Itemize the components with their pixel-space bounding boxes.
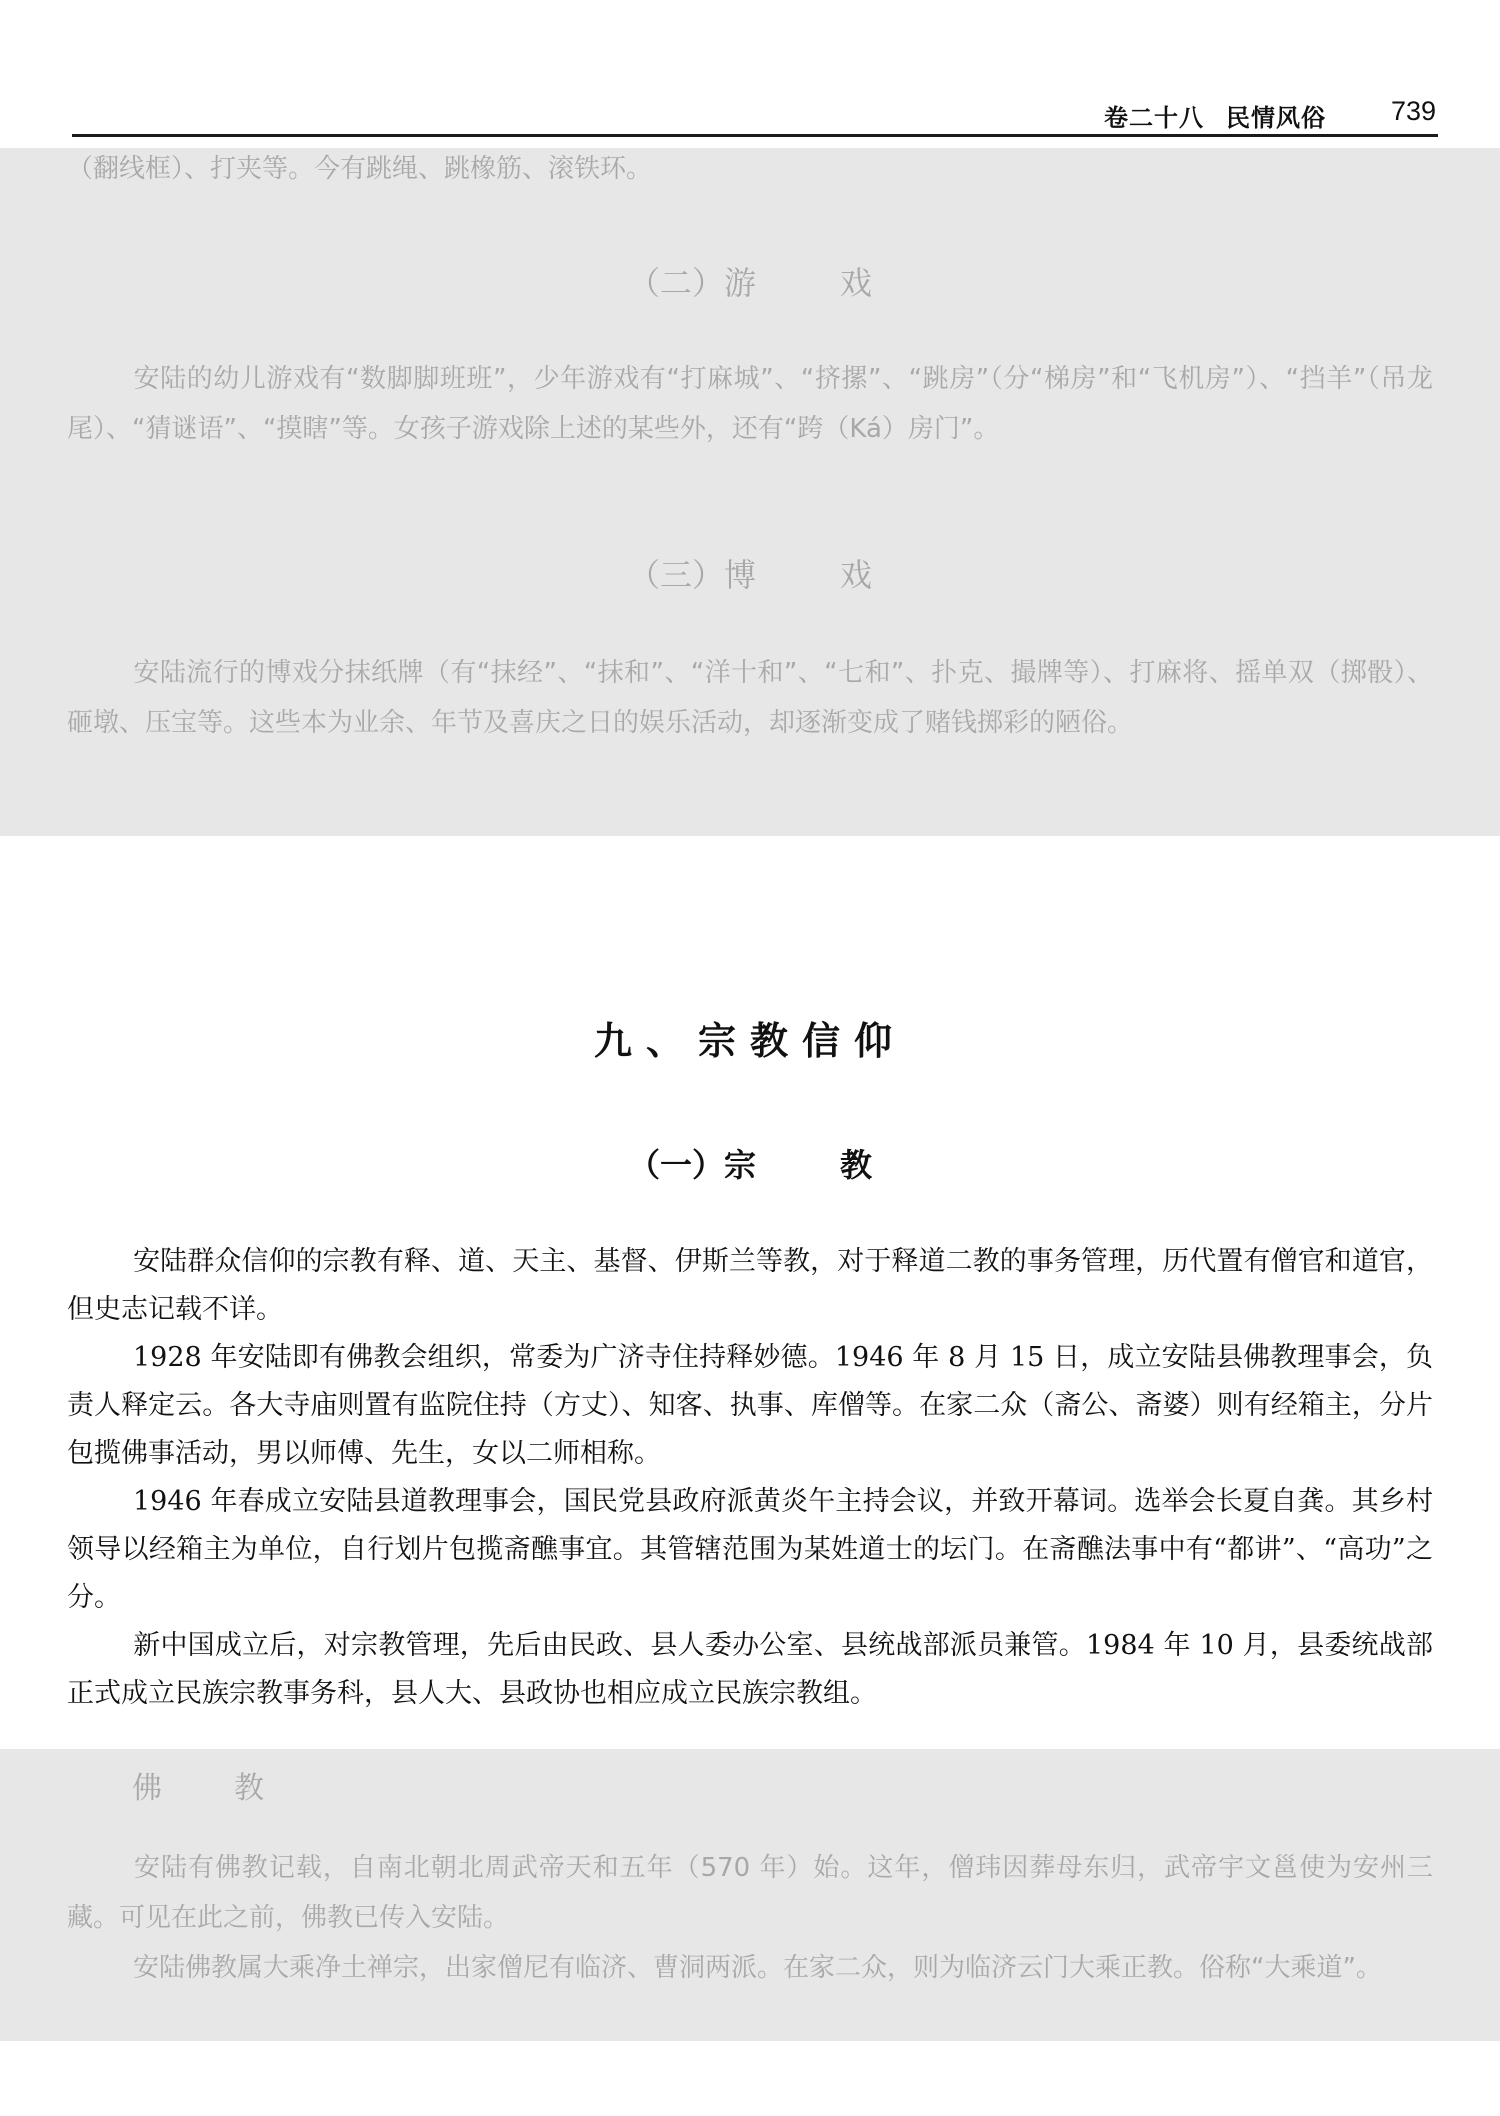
games-heading-char-2: 戏 — [840, 264, 872, 302]
page-header: 卷二十八民情风俗 739 — [72, 86, 1438, 137]
religion-subheading-char-2: 教 — [840, 1146, 872, 1184]
religion-subheading-char-1: 宗 — [724, 1146, 756, 1184]
running-title: 卷二十八民情风俗 — [1104, 98, 1326, 133]
games-heading-number: （二） — [628, 264, 724, 302]
gambling-heading-number: （三） — [628, 556, 724, 594]
faded-overlay-top: （翻线框）、打夹等。今有跳绳、跳橡筋、滚铁环。 （二）游戏 安陆的幼儿游戏有“数… — [0, 148, 1500, 836]
volume-label: 卷二十八 — [1104, 104, 1204, 132]
body-paragraph-3: 1946 年春成立安陆县道教理事会，国民党县政府派黄炎午主持会议，并致开幕词。选… — [67, 1478, 1433, 1622]
religion-subheading: （一）宗教 — [0, 1140, 1500, 1186]
continuation-paragraph: （翻线框）、打夹等。今有跳绳、跳橡筋、滚铁环。 — [67, 144, 1433, 194]
gambling-heading: （三）博戏 — [0, 550, 1500, 596]
chapter-label: 民情风俗 — [1226, 104, 1326, 132]
faded-overlay-bottom: 佛教 安陆有佛教记载，自南北朝北周武帝天和五年（570 年）始。这年，僧玮因葬母… — [0, 1749, 1500, 2041]
body-paragraph-1: 安陆群众信仰的宗教有释、道、天主、基督、伊斯兰等教，对于释道二教的事务管理，历代… — [67, 1238, 1433, 1334]
buddhism-heading-char-2: 教 — [234, 1771, 264, 1806]
gambling-heading-char-2: 戏 — [840, 556, 872, 594]
gambling-heading-char-1: 博 — [724, 556, 756, 594]
buddhism-heading-char-1: 佛 — [132, 1771, 162, 1806]
games-heading: （二）游戏 — [0, 258, 1500, 304]
religion-subheading-number: （一） — [628, 1146, 724, 1184]
buddhism-paragraph-1: 安陆有佛教记载，自南北朝北周武帝天和五年（570 年）始。这年，僧玮因葬母东归，… — [67, 1843, 1433, 1943]
body-paragraph-4: 新中国成立后，对宗教管理，先后由民政、县人委办公室、县统战部派员兼管。1984 … — [67, 1622, 1433, 1718]
body-paragraph-2: 1928 年安陆即有佛教会组织，常委为广济寺住持释妙德。1946 年 8 月 1… — [67, 1334, 1433, 1478]
section-title: 九、宗教信仰 — [0, 1010, 1500, 1065]
buddhism-heading: 佛教 — [132, 1763, 264, 1807]
games-heading-char-1: 游 — [724, 264, 756, 302]
buddhism-paragraph-2: 安陆佛教属大乘净土禅宗，出家僧尼有临济、曹洞两派。在家二众，则为临济云门大乘正教… — [67, 1943, 1433, 1993]
games-paragraph: 安陆的幼儿游戏有“数脚脚班班”，少年游戏有“打麻城”、“挤摞”、“跳房”（分“梯… — [67, 354, 1433, 454]
page-number: 739 — [1391, 96, 1436, 127]
gambling-paragraph: 安陆流行的博戏分抹纸牌（有“抹经”、“抹和”、“洋十和”、“七和”、扑克、撮牌等… — [67, 648, 1433, 748]
